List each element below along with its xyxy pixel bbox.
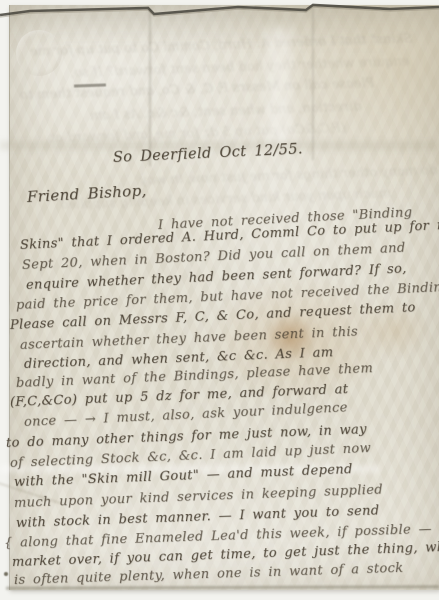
letter-photo: Skins" that I ordered A. Hurd, Comml Co … [0, 0, 439, 600]
paper-torn-edge [0, 0, 439, 24]
ink-dot [4, 572, 8, 576]
